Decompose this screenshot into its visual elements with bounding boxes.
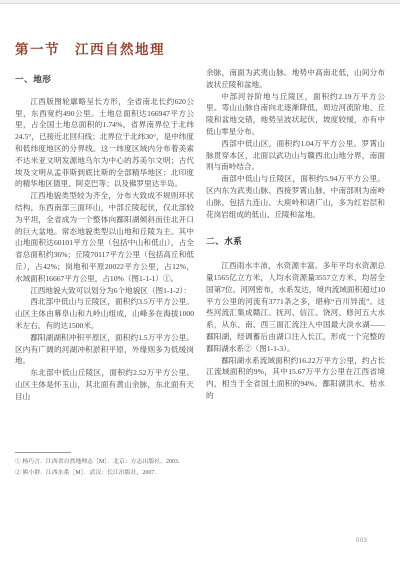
footnotes: ① 杨巧言．江西省自然地理志［M］．北京：方志出版社，2003． ② 熊小群．江… bbox=[15, 452, 200, 479]
document-page: 第一节 江西自然地理 一、地形 江西版图轮廓略呈长方形，全省南北长约620公里，… bbox=[0, 4, 400, 564]
left-column: 一、地形 江西版图轮廓略呈长方形，全省南北长约620公里，东西宽约490公里。土… bbox=[15, 74, 194, 403]
paragraph: 南部中低山与丘陵区，面积约5.94万平方公里。区内东为武夷山脉、西接罗霄山脉，中… bbox=[206, 173, 385, 220]
right-column: 余脉，南面为武夷山脉。地势中高南北低，山间分布波状丘陵和盆地。 中部河谷阶地与丘… bbox=[206, 67, 385, 402]
paragraph: 江西地貌类型较为齐全，分布大致成不规则环状结构，东西南部三面环山，中部丘陵起伏，… bbox=[15, 190, 194, 284]
paragraph: 西部中低山区，面积约1.04万平方公里。罗霄山脉贯穿本区，北面以武功山与赣西北山… bbox=[206, 138, 385, 173]
paragraph: 江西版图轮廓略呈长方形，全省南北长约620公里，东西宽约490公里。土地总面积达… bbox=[15, 96, 194, 190]
section-heading: 第一节 江西自然地理 bbox=[15, 38, 165, 58]
subsection-heading-terrain: 一、地形 bbox=[15, 74, 194, 86]
paragraph: 江西地貌大致可以划分为6个地貌区（图1-1-2）： bbox=[15, 285, 194, 297]
paragraph: 西北部中低山与丘陵区，面积约3.5万平方公里。山区主体由幕阜山和九岭山组成，山峰… bbox=[15, 296, 194, 331]
paragraph: 江西雨水丰沛，水资源丰富。多年平均水资源总量1565亿立方米，人均水资源量355… bbox=[206, 260, 385, 354]
paragraph-continuation: 余脉，南面为武夷山脉。地势中高南北低，山间分布波状丘陵和盆地。 bbox=[206, 67, 385, 91]
footnote-1: ① 杨巧言．江西省自然地理志［M］．北京：方志出版社，2003． bbox=[15, 458, 200, 467]
paragraph: 鄱阳湖水系流域面积约16.22万平方公里，约占长江流域面积的9%，其中15.67… bbox=[206, 355, 385, 402]
footnote-divider bbox=[15, 452, 71, 453]
page-number: 003 bbox=[356, 538, 368, 544]
paragraph: 鄱阳湖湖积冲积平原区，面积约1.5万平方公里。区内有广阔的河湖冲积淤积平原，外缘… bbox=[15, 332, 194, 367]
paragraph: 东北部中低山丘陵区，面积约2.52万平方公里。山区主体是怀玉山，其北面有黄山余脉… bbox=[15, 367, 194, 402]
footnote-2: ② 熊小群．江西水系［M］．武汉：长江出版社，2007． bbox=[15, 469, 200, 478]
paragraph: 中部河谷阶地与丘陵区，面积约2.19万平方公里。雩山山脉自南向北逐渐降低，周边河… bbox=[206, 91, 385, 138]
subsection-heading-water-system: 二、水系 bbox=[206, 236, 385, 248]
